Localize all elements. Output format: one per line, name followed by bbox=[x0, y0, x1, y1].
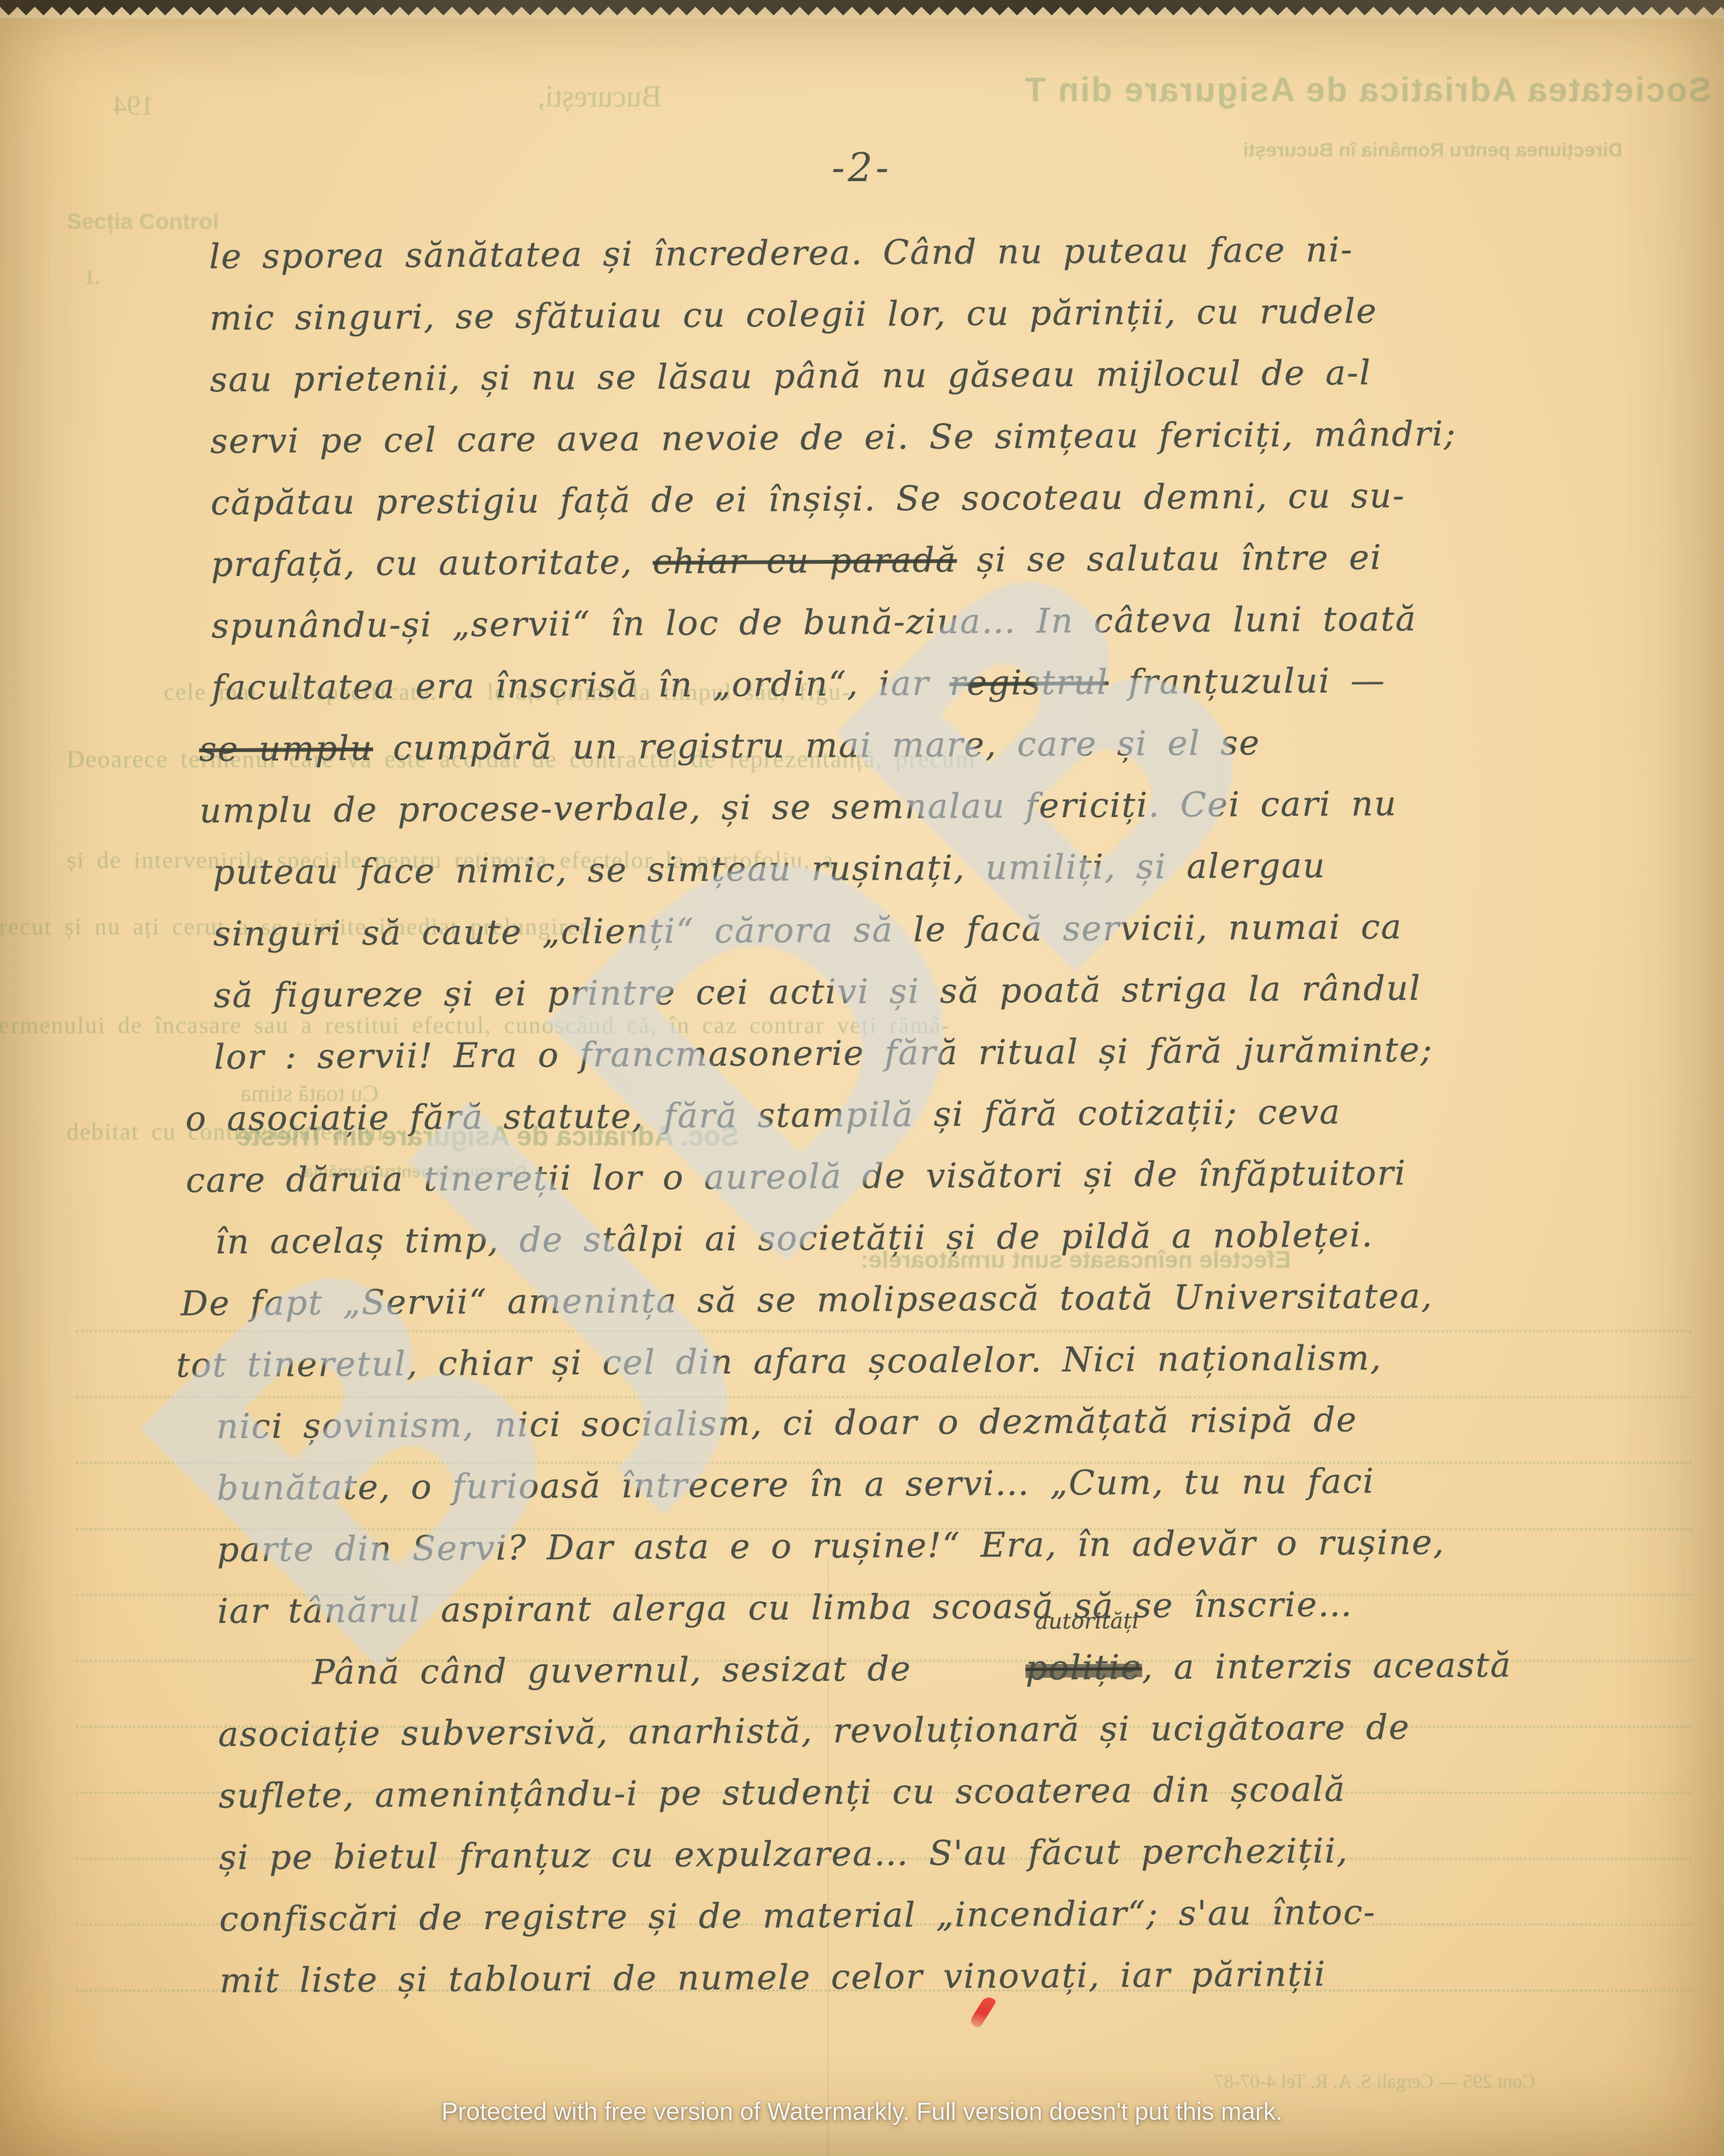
scanned-manuscript-page: 194 București, Societatea Adriatica de A… bbox=[0, 0, 1724, 2156]
perforation-teeth bbox=[0, 7, 1724, 18]
manuscript-line: le sporea sănătatea și încrederea. Când … bbox=[209, 217, 1672, 288]
handwritten-text: nici șovinism, nici socialism, ci doar o… bbox=[216, 1400, 1357, 1447]
handwritten-text: singuri să caute „clienți“ cărora să le … bbox=[213, 907, 1402, 954]
handwritten-text: o asociație fără statute, fără stampilă … bbox=[185, 1092, 1341, 1140]
manuscript-line: asociație subversivă, anarhistă, revoluț… bbox=[218, 1695, 1681, 1766]
manuscript-line: care dăruia tinereții lor o aureolă de v… bbox=[185, 1141, 1678, 1212]
manuscript-line: și pe bietul franțuz cu expulzarea… S'au… bbox=[219, 1818, 1682, 1889]
manuscript-line: lor : servii! Era o francmasonerie fără … bbox=[214, 1018, 1677, 1088]
handwritten-text: să figureze și ei printre cei activi și … bbox=[214, 969, 1421, 1016]
bleedthrough-company-subtitle: Direcțiunea pentru România în București bbox=[1243, 139, 1623, 162]
handwritten-text: servi pe cel care avea nevoie de ei. Se … bbox=[210, 414, 1457, 462]
manuscript-line: prafață, cu autoritate, chiar cu paradă … bbox=[211, 525, 1674, 596]
struck-text: chiar cu paradă bbox=[653, 540, 957, 582]
manuscript-line: sau prietenii, și nu se lăsau până nu gă… bbox=[210, 340, 1673, 411]
handwritten-text: le sporea sănătatea și încrederea. Când … bbox=[209, 230, 1354, 277]
handwritten-text: umplu de procese-verbale, și se semnalau… bbox=[199, 784, 1397, 831]
handwritten-text: tot tineretul, chiar și cel din afara șc… bbox=[176, 1338, 1382, 1385]
manuscript-line: mic singuri, se sfătuiau cu colegii lor,… bbox=[209, 279, 1673, 349]
torn-top-edge bbox=[0, 0, 1724, 17]
handwritten-text: parte din Servi? Dar asta e o rușine!“ E… bbox=[217, 1523, 1444, 1570]
watermarkly-notice: Protected with free version of Watermark… bbox=[0, 2098, 1724, 2126]
manuscript-line: spunându-și „servii“ în loc de bună-ziua… bbox=[212, 587, 1675, 657]
manuscript-line: servi pe cel care avea nevoie de ei. Se … bbox=[210, 402, 1673, 472]
handwritten-text: și se salutau între ei bbox=[957, 538, 1383, 580]
manuscript-line: singuri să caute „clienți“ cărora să le … bbox=[213, 895, 1676, 965]
handwritten-text: bunătate, o furioasă întrecere în a serv… bbox=[217, 1461, 1375, 1508]
manuscript-line: umplu de procese-verbale, și se semnalau… bbox=[199, 772, 1675, 842]
manuscript-line: o asociație fără statute, fără stampilă … bbox=[185, 1079, 1678, 1150]
handwritten-text: care dăruia tinereții lor o aureolă de v… bbox=[185, 1153, 1407, 1200]
manuscript-line: mit liste și tablouri de numele celor vi… bbox=[219, 1942, 1683, 2012]
handwritten-text: puteau face nimic, se simțeau rușinați, … bbox=[213, 846, 1326, 893]
manuscript-line: nici șovinism, nici socialism, ci doar o… bbox=[216, 1387, 1679, 1458]
struck-text: registrul bbox=[949, 663, 1108, 703]
handwritten-text: prafață, cu autoritate, bbox=[211, 542, 653, 585]
handwritten-text: mic singuri, se sfătuiau cu colegii lor,… bbox=[209, 291, 1378, 338]
bleedthrough-section-item: 1. bbox=[84, 265, 101, 290]
manuscript-line: Până când guvernul, sesizat de polițieau… bbox=[217, 1634, 1681, 1704]
handwritten-text: sau prietenii, și nu se lăsau până nu gă… bbox=[210, 353, 1372, 400]
manuscript-line: să figureze și ei printre cei activi și … bbox=[214, 956, 1677, 1027]
struck-text: poliție bbox=[1026, 1647, 1142, 1688]
bleedthrough-company-title: Societatea Adriatica de Asigurare din T bbox=[1024, 70, 1712, 109]
handwritten-text: franțuzului — bbox=[1108, 661, 1386, 702]
manuscript-line: puteau face nimic, se simțeau rușinați, … bbox=[213, 833, 1676, 903]
handwritten-text: De fapt „Servii“ amenința să se molipsea… bbox=[180, 1277, 1433, 1324]
manuscript-line: facultatea era înscrisă în „ordin“, iar … bbox=[212, 648, 1675, 719]
manuscript-line: tot tineretul, chiar și cel din afara șc… bbox=[176, 1326, 1679, 1397]
handwritten-text: lor : servii! Era o francmasonerie fără … bbox=[214, 1030, 1433, 1077]
manuscript-line: parte din Servi? Dar asta e o rușine!“ E… bbox=[217, 1511, 1680, 1581]
handwritten-text: asociație subversivă, anarhistă, revoluț… bbox=[218, 1708, 1410, 1755]
correction-group: polițieautorități bbox=[932, 1637, 1142, 1700]
manuscript-line: bunătate, o furioasă întrecere în a serv… bbox=[217, 1449, 1680, 1519]
handwritten-text: Până când guvernul, sesizat de bbox=[312, 1649, 932, 1692]
handwritten-text: și pe bietul franțuz cu expulzarea… S'au… bbox=[219, 1831, 1349, 1879]
manuscript-line: căpătau prestigiu față de ei înșiși. Se … bbox=[211, 464, 1674, 534]
manuscript-line: se umplu cumpără un registru mai mare, c… bbox=[199, 710, 1675, 780]
bleedthrough-print-footer: Cont 295 — Cergali S. A. R. Tel 4-07-87 bbox=[1214, 2071, 1535, 2093]
handwritten-text: facultatea era înscrisă în „ordin“, iar bbox=[212, 664, 950, 708]
manuscript-line: în acelaș timp, de stâlpi ai societății … bbox=[215, 1203, 1678, 1273]
bleedthrough-section-label: Secția Control bbox=[67, 209, 219, 235]
manuscript-line: suflete, amenințându-i pe studenți cu sc… bbox=[218, 1757, 1681, 1827]
inserted-word-above: autorități bbox=[941, 1610, 1139, 1634]
handwritten-text: în acelaș timp, de stâlpi ai societății … bbox=[215, 1215, 1373, 1262]
handwritten-text: cumpără un registru mai mare, care și el… bbox=[373, 723, 1260, 768]
handwritten-text: , a interzis această bbox=[1142, 1645, 1512, 1687]
handwritten-text: spunându-și „servii“ în loc de bună-ziua… bbox=[212, 599, 1417, 646]
handwritten-text: mit liste și tablouri de numele celor vi… bbox=[219, 1955, 1326, 2001]
handwritten-text: suflete, amenințându-i pe studenți cu sc… bbox=[219, 1770, 1346, 1817]
manuscript-line: confiscări de registre și de material „i… bbox=[219, 1880, 1683, 1950]
manuscript-line: De fapt „Servii“ amenința să se molipsea… bbox=[180, 1264, 1678, 1335]
bleedthrough-year: 194 bbox=[113, 90, 154, 122]
bleedthrough-city: București, bbox=[537, 80, 661, 114]
handwritten-text: iar tânărul aspirant alerga cu limba sco… bbox=[217, 1585, 1353, 1632]
handwritten-text: căpătau prestigiu față de ei înșiși. Se … bbox=[211, 476, 1405, 523]
handwritten-text: confiscări de registre și de material „i… bbox=[219, 1892, 1376, 1939]
struck-text: se umplu bbox=[199, 729, 373, 769]
manuscript-lines: le sporea sănătatea și încrederea. Când … bbox=[209, 217, 1683, 2012]
handwritten-page-number: -2- bbox=[832, 145, 892, 191]
